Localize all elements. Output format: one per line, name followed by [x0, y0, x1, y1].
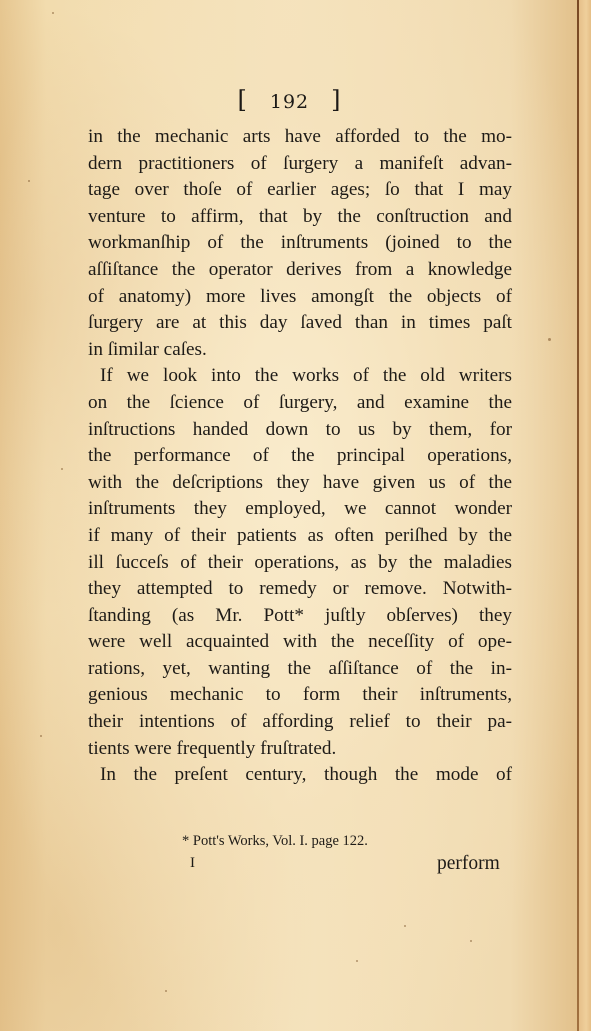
- text-line: genious mechanic to form their inſtrumen…: [88, 682, 512, 709]
- text-line: with the deſcriptions they have given us…: [88, 470, 512, 497]
- text-line: ſtanding (as Mr. Pott* juſtly obſerves) …: [88, 603, 512, 630]
- text-line: the performance of the principal operati…: [88, 443, 512, 470]
- page-number: 192: [270, 91, 309, 113]
- text-line: ſurgery are at this day ſaved than in ti…: [88, 310, 512, 337]
- catchword: perform: [437, 853, 500, 875]
- text-line: aſſiſtance the operator derives from a k…: [88, 257, 512, 284]
- text-line: ill ſucceſs of their operations, as by t…: [88, 550, 512, 577]
- book-page: [192] in the mechanic arts have afforded…: [0, 0, 579, 1031]
- text-line: venture to affirm, that by the conſtruct…: [88, 204, 512, 231]
- text-line: tage over thoſe of earlier ages; ſo that…: [88, 177, 512, 204]
- text-line: workmanſhip of the inſtruments (joined t…: [88, 230, 512, 257]
- paragraph-start-line: If we look into the works of the old wri…: [88, 363, 512, 390]
- text-line: if many of their patients as often periſ…: [88, 523, 512, 550]
- page-number-header: [192]: [0, 86, 579, 114]
- text-line: inſtruments they employed, we cannot won…: [88, 496, 512, 523]
- body-text: in the mechanic arts have afforded to th…: [88, 124, 512, 789]
- right-bracket: ]: [331, 86, 341, 114]
- paragraph-start-line: In the preſent century, though the mode …: [88, 762, 512, 789]
- text-line: inſtructions handed down to us by them, …: [88, 417, 512, 444]
- footnote: * Pott's Works, Vol. I. page 122.: [182, 833, 368, 850]
- text-line: on the ſcience of ſurgery, and examine t…: [88, 390, 512, 417]
- paragraph-end-line: tients were frequently fruſtrated.: [88, 736, 512, 763]
- text-line: of anatomy) more lives amongſt the objec…: [88, 284, 512, 311]
- text-line: they attempted to remedy or remove. Notw…: [88, 576, 512, 603]
- text-line: rations, yet, wanting the aſſiſtance of …: [88, 656, 512, 683]
- text-line: their intentions of affording relief to …: [88, 709, 512, 736]
- text-line: dern practitioners of ſurgery a manifeſt…: [88, 151, 512, 178]
- paragraph-end-line: in ſimilar caſes.: [88, 337, 512, 364]
- left-bracket: [: [237, 86, 247, 114]
- adjacent-page-edge: [579, 0, 591, 1031]
- text-line: in the mechanic arts have afforded to th…: [88, 124, 512, 151]
- text-line: were well acquainted with the neceſſity …: [88, 629, 512, 656]
- signature-mark: I: [190, 855, 195, 872]
